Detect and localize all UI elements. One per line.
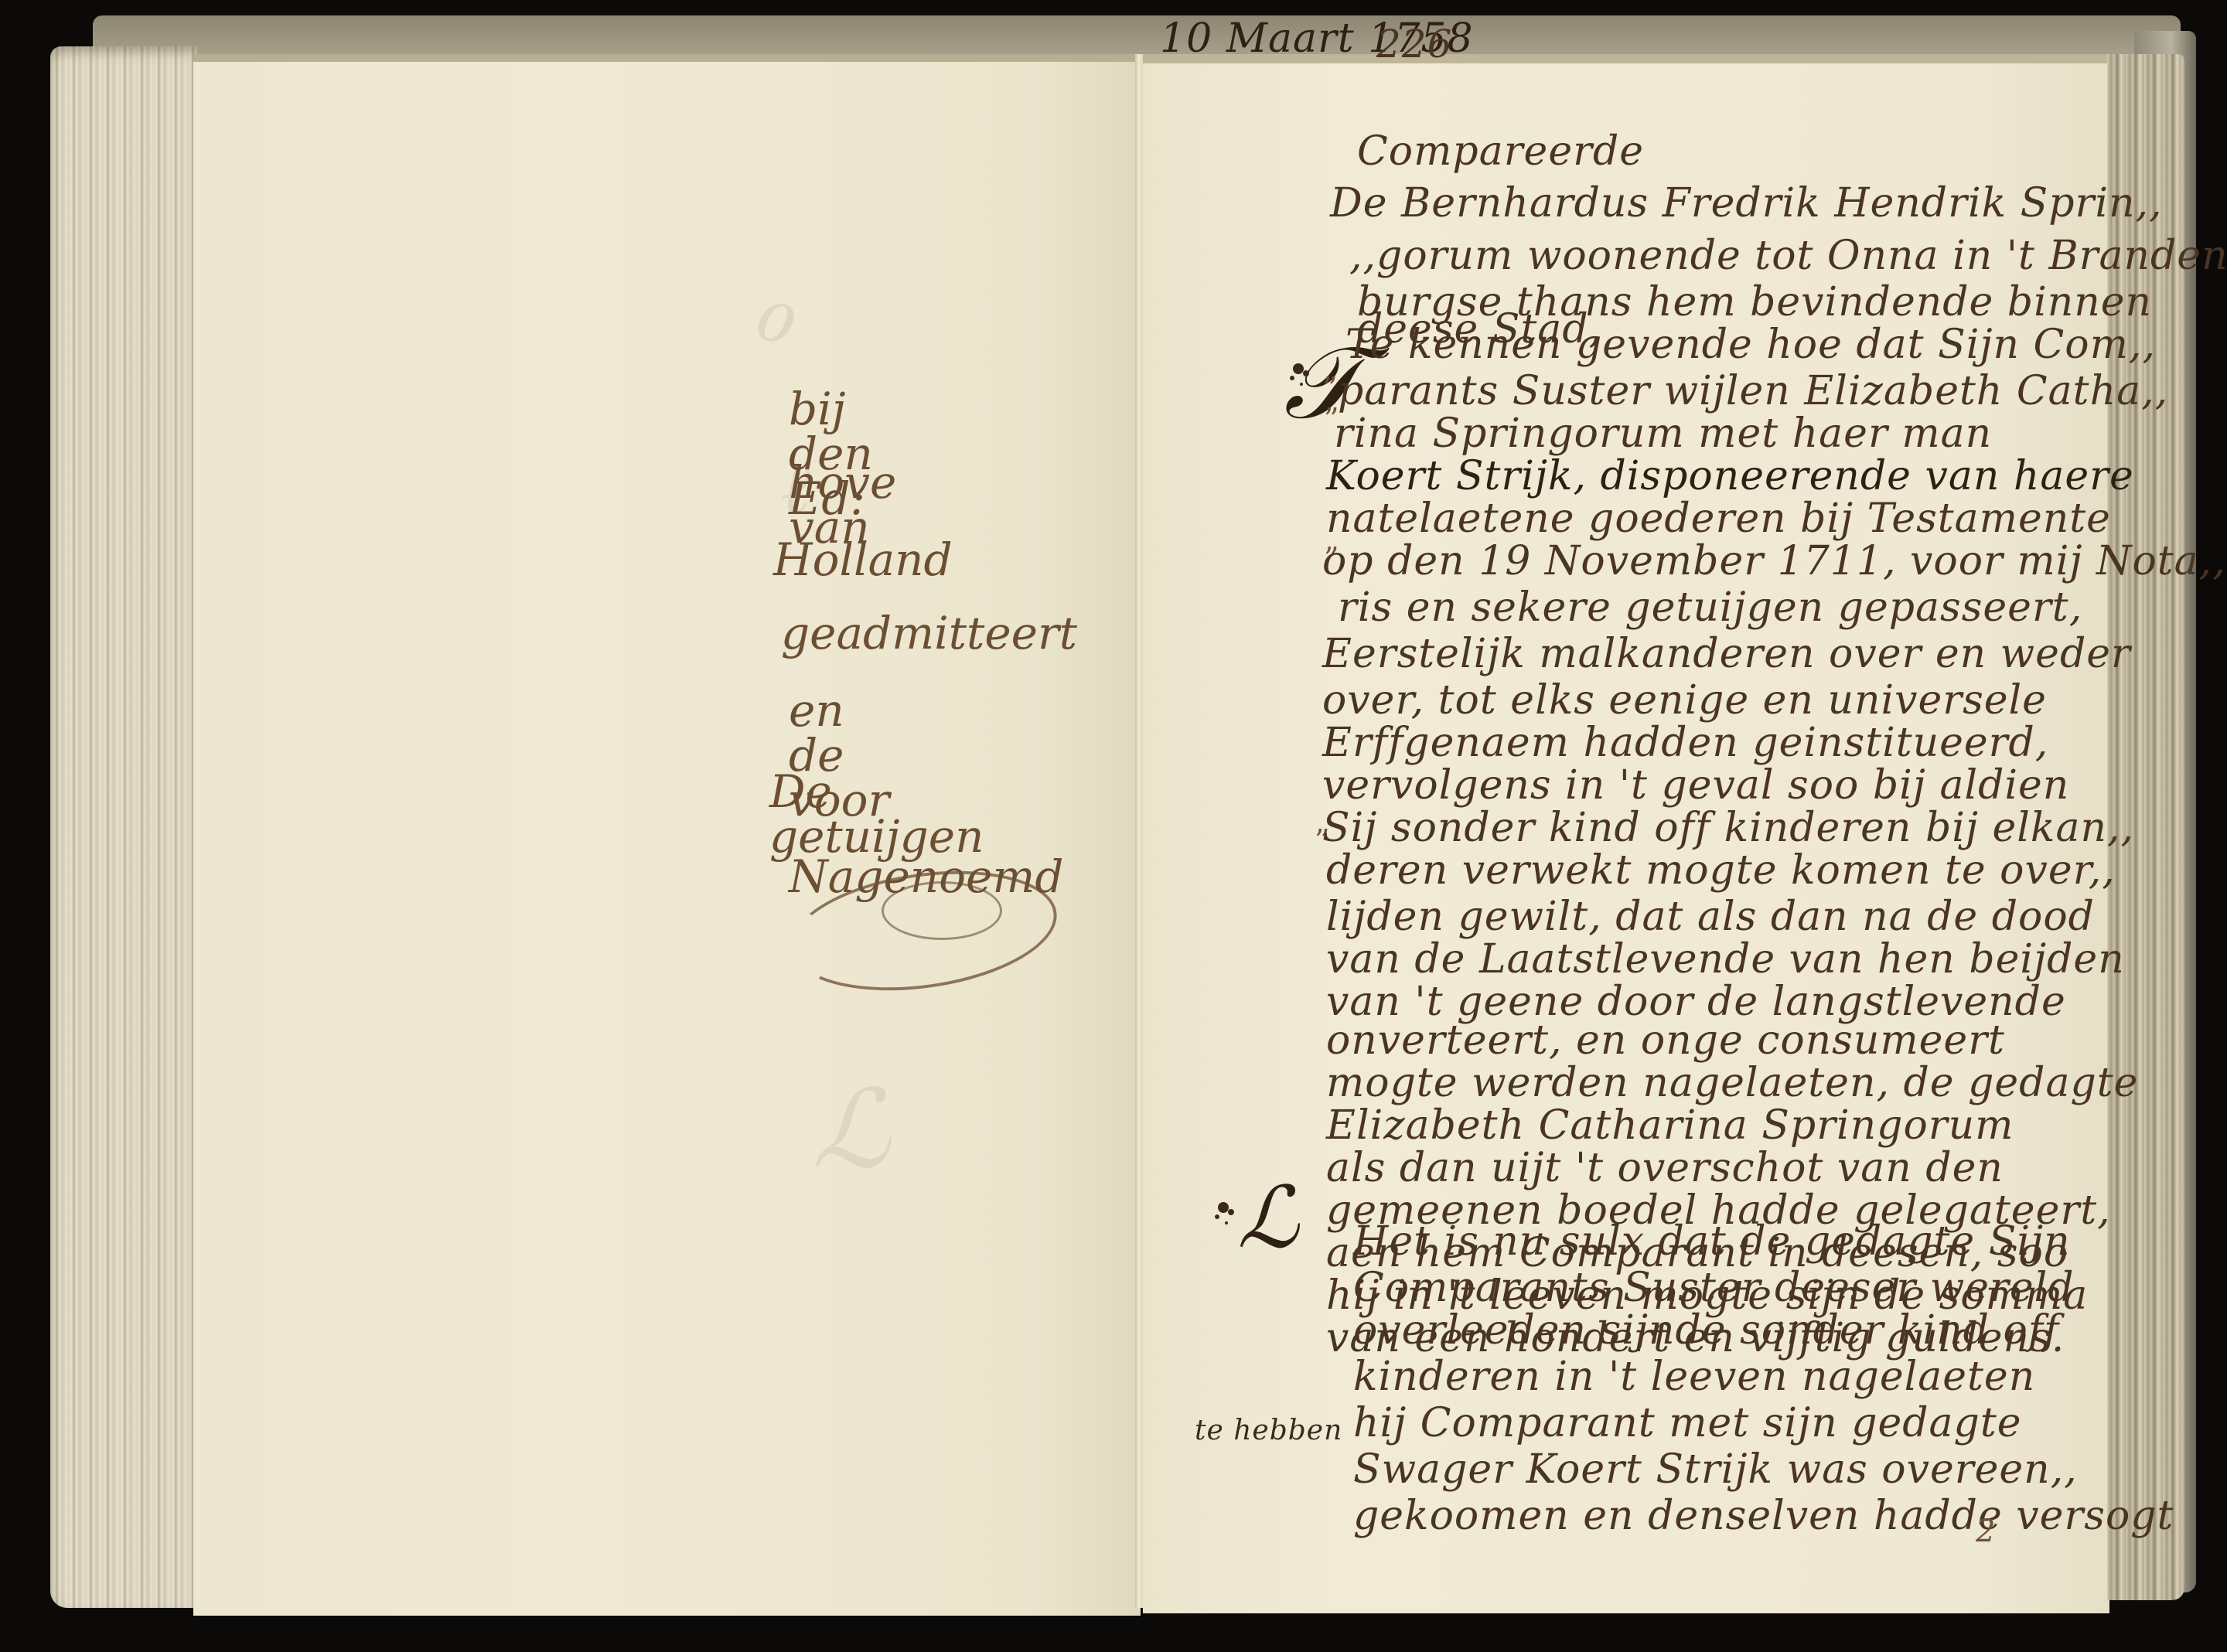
margin-annotation: te hebben: [1195, 1415, 1342, 1446]
text-line: gekoomen en denselven hadde versogt: [1353, 1496, 2174, 1536]
text-line: ,,gorum woonende tot Onna in 't Branden,: [1349, 236, 2227, 276]
text-line: Elizabeth Catharina Springorum: [1326, 1105, 2014, 1146]
text-line: lijden gewilt, dat als dan na de dood: [1326, 897, 2095, 937]
page-number: 226: [1376, 22, 1452, 66]
text-line: Te kennen gevende hoe dat Sijn Com,,: [1345, 325, 2156, 365]
text-line: Koert Strijk, disponeerende van haere: [1326, 456, 2134, 496]
text-line: over, tot elks eenige en universele: [1322, 680, 2047, 720]
text-line: Comparants Suster deeser wereld: [1353, 1268, 2075, 1308]
text-line: De Bernhardus Fredrik Hendrik Sprin,,: [1330, 183, 2163, 223]
text-line: mogte werden nagelaeten, de gedagte: [1326, 1063, 2138, 1103]
text-line: vervolgens in 't geval soo bij aldien: [1322, 765, 2069, 806]
text-line: ris en sekere getuijgen gepasseert,: [1338, 588, 2082, 628]
left-page: ℴ ℓ ℒ: [193, 54, 1141, 1616]
note-line: geadmitteert: [781, 611, 1077, 656]
ink-blot: [1218, 1202, 1229, 1213]
text-line: natelaetene goederen bij Testamente: [1326, 499, 2111, 539]
note-line: Holland: [773, 537, 953, 582]
text-line: onverteert, en onge consumeert: [1326, 1020, 2005, 1061]
text-line: als dan uijt 't overschot van den: [1326, 1148, 2004, 1188]
text-line: kinderen in 't leeven nagelaeten: [1353, 1357, 2035, 1397]
left-page-stack-edges: [50, 46, 197, 1608]
initial-H-flourish: ℒ: [1237, 1175, 1298, 1260]
bleed-through-marks: ℴ: [750, 255, 793, 363]
text-line: Het is nu sulx dat de gedagte Sijn: [1353, 1221, 2071, 1262]
ink-blot: [1293, 363, 1304, 374]
text-line: Swager Koert Strijk was overeen,,: [1353, 1449, 2078, 1490]
text-line: deren verwekt mogte komen te over,,: [1326, 850, 2116, 891]
text-line: Compareerde: [1357, 131, 1644, 172]
text-line: van 't geene door de langstlevende: [1326, 982, 2066, 1022]
folio-mark: 2: [1976, 1514, 1996, 1549]
text-line: rina Springorum met haer man: [1334, 414, 1992, 454]
note-line: De getuijgen: [769, 769, 984, 859]
signature-flourish: [882, 881, 1002, 940]
margin-mark: ”: [1322, 371, 1337, 405]
text-line: hij Comparant met sijn gedagte: [1353, 1403, 2022, 1443]
text-line: Sij sonder kind off kinderen bij elkan,,: [1322, 808, 2134, 848]
text-line: van de Laatstlevende van hen beijden: [1326, 939, 2125, 979]
text-line: parants Suster wijlen Elizabeth Catha,,: [1338, 371, 2168, 411]
bleed-through-marks: ℒ: [812, 1067, 890, 1193]
text-line: Eerstelijk malkanderen over en weder: [1322, 634, 2131, 674]
text-line: overleeden sijnde sonder kind off: [1353, 1310, 2059, 1351]
text-line: Erffgenaem hadden geinstitueerd,: [1322, 723, 2048, 763]
text-line: op den 19 November 1711, voor mij Nota,,: [1322, 541, 2226, 581]
